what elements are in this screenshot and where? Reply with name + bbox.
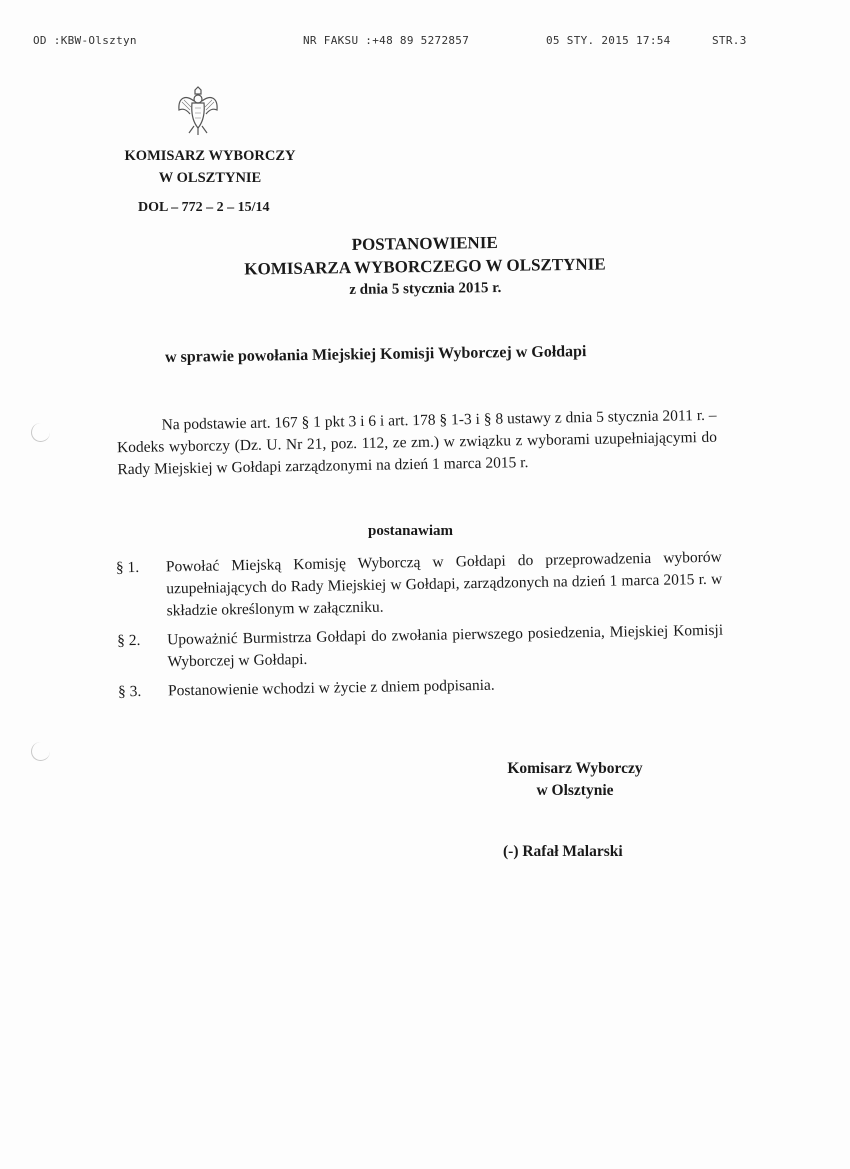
fax-sender: OD :KBW-Olsztyn <box>33 34 137 47</box>
issuer-block: KOMISARZ WYBORCZY W OLSZTYNIE <box>100 145 320 189</box>
signature-block: Komisarz Wyborczy w Olsztynie <box>470 758 680 802</box>
punch-hole-mark <box>31 423 50 442</box>
fax-page: STR.3 <box>712 34 747 47</box>
signature-line1: Komisarz Wyborczy <box>470 758 680 780</box>
decision-word: postanawiam <box>368 523 453 540</box>
signer-name: (-) Rafał Malarski <box>503 843 623 861</box>
preamble: Na podstawie art. 167 § 1 pkt 3 i 6 i ar… <box>116 405 717 481</box>
section-item: § 3. Postanowienie wchodzi w życie z dni… <box>118 671 724 704</box>
signature-line2: w Olsztynie <box>470 780 680 802</box>
sections-list: § 1. Powołać Miejską Komisję Wyborczą w … <box>116 547 725 711</box>
fax-number: NR FAKSU :+48 89 5272857 <box>303 34 469 47</box>
fax-datetime: 05 STY. 2015 17:54 <box>546 34 671 47</box>
polish-eagle-emblem-icon <box>175 86 221 136</box>
section-text: Powołać Miejską Komisję Wyborczą w Gołda… <box>166 547 723 623</box>
document-subject: w sprawie powołania Miejskiej Komisji Wy… <box>165 343 587 367</box>
reference-number: DOL – 772 – 2 – 15/14 <box>138 200 269 216</box>
section-item: § 2. Upoważnić Burmistrza Gołdapi do zwo… <box>117 620 724 675</box>
punch-hole-mark <box>31 742 50 761</box>
issuer-line1: KOMISARZ WYBORCZY <box>100 145 320 167</box>
section-number: § 3. <box>118 680 168 703</box>
section-item: § 1. Powołać Miejską Komisję Wyborczą w … <box>116 547 723 624</box>
section-number: § 2. <box>117 629 168 674</box>
issuer-line2: W OLSZTYNIE <box>100 167 320 189</box>
section-number: § 1. <box>116 556 167 623</box>
preamble-text: Na podstawie art. 167 § 1 pkt 3 i 6 i ar… <box>116 405 717 481</box>
section-text: Postanowienie wchodzi w życie z dniem po… <box>168 671 724 703</box>
section-text: Upoważnić Burmistrza Gołdapi do zwołania… <box>167 620 724 674</box>
document-title: POSTANOWIENIE KOMISARZA WYBORCZEGO W OLS… <box>180 229 671 305</box>
